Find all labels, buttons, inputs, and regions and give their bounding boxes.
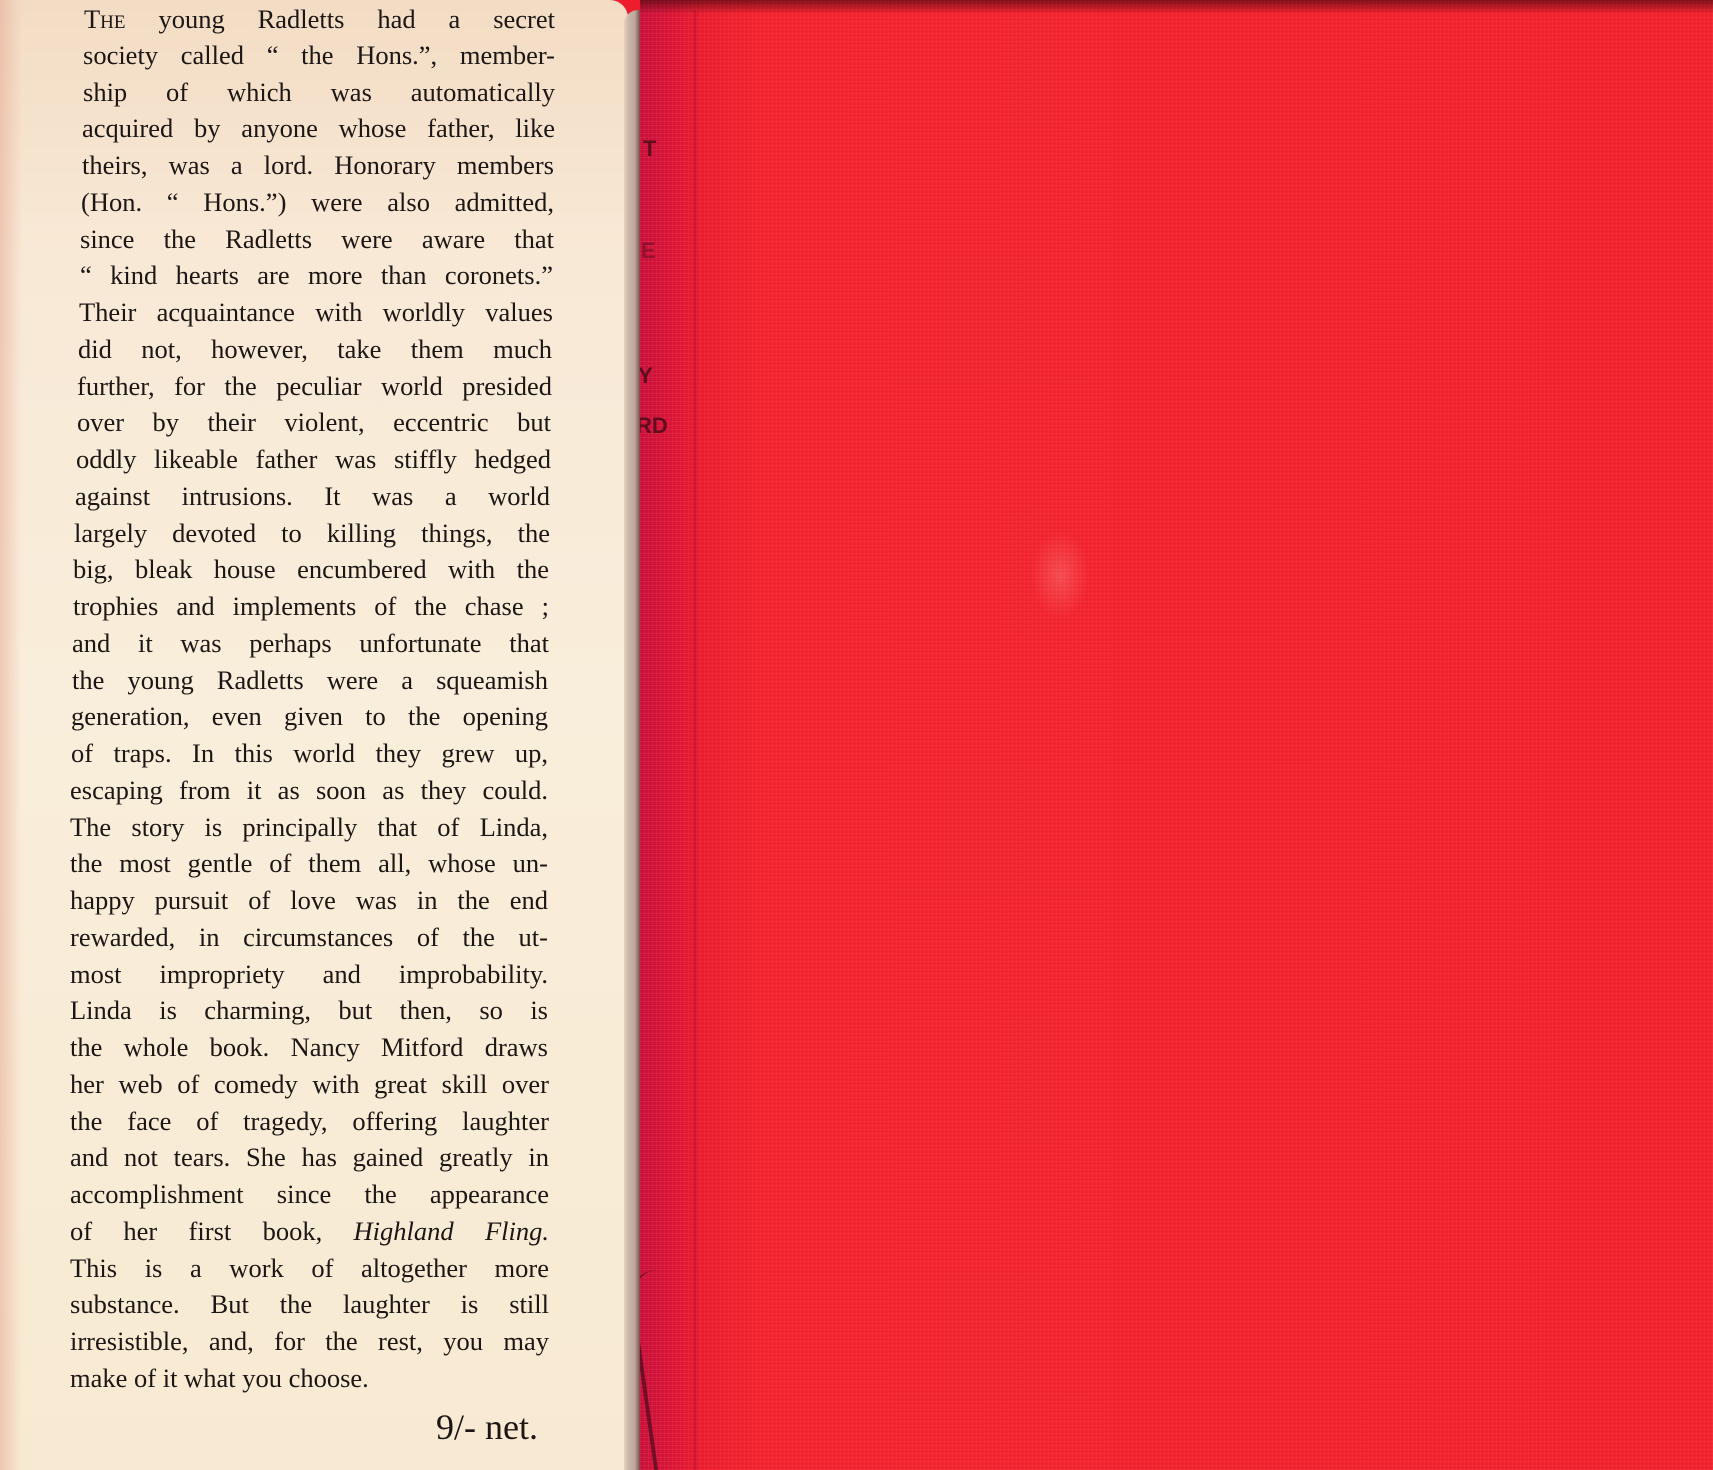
spine-letter: RD bbox=[636, 415, 668, 437]
blurb-line: largely devoted to killing things, the bbox=[74, 516, 550, 550]
blurb-line: and it was perhaps unfortunate that bbox=[72, 626, 549, 660]
price-label: 9/- net. bbox=[436, 1407, 538, 1447]
blurb-line: since the Radletts were aware that bbox=[80, 222, 554, 256]
blurb-line: This is a work of altogether more bbox=[70, 1251, 549, 1285]
blurb-line: substance. But the laughter is still bbox=[70, 1287, 549, 1321]
blurb-line: make of it what you choose. bbox=[70, 1361, 549, 1395]
blurb-line: her web of comedy with great skill over bbox=[70, 1067, 549, 1101]
blurb-line: Their acquaintance with worldly values bbox=[79, 295, 553, 329]
blurb-line: big, bleak house encumbered with the bbox=[73, 552, 549, 586]
blurb-line: did not, however, take them much bbox=[78, 332, 552, 366]
blurb-line: escaping from it as soon as they could. bbox=[70, 773, 548, 807]
blurb-line: over by their violent, eccentric but bbox=[77, 405, 551, 439]
blurb-line: acquired by anyone whose father, like bbox=[82, 111, 555, 145]
cloth-faded-spot bbox=[1030, 530, 1090, 620]
blurb-line: the most gentle of them all, whose un- bbox=[70, 846, 548, 880]
blurb-line: generation, even given to the opening bbox=[71, 699, 548, 733]
spine-hinge bbox=[692, 10, 698, 1470]
book-photo: T E Y RD The young Radletts had a secret… bbox=[0, 0, 1713, 1470]
blurb-line: “ kind hearts are more than coronets.” bbox=[80, 258, 553, 292]
blurb-line-start: of her first book, bbox=[70, 1216, 354, 1246]
blurb-line: Linda is charming, but then, so is bbox=[70, 993, 548, 1027]
blurb-line: rewarded, in circumstances of the ut- bbox=[70, 920, 548, 954]
cover-top-shadow bbox=[640, 0, 1713, 14]
blurb-line: oddly likeable father was stiffly hedged bbox=[76, 442, 551, 476]
spine-letter: T bbox=[643, 138, 656, 160]
blurb-line: most impropriety and improbability. bbox=[70, 957, 548, 991]
blurb-line: against intrusions. It was a world bbox=[75, 479, 550, 513]
blurb-line: the face of tragedy, offering laughter bbox=[70, 1104, 549, 1138]
blurb-line: ship of which was automatically bbox=[83, 75, 555, 109]
blurb-line: (Hon. “ Hons.”) were also admitted, bbox=[81, 185, 554, 219]
blurb-line: theirs, was a lord. Honorary members bbox=[82, 148, 554, 182]
blurb-line: further, for the peculiar world presided bbox=[77, 369, 552, 403]
blurb-line: of her first book, Highland Fling. bbox=[70, 1214, 549, 1248]
blurb-line: trophies and implements of the chase ; bbox=[73, 589, 549, 623]
blurb-line: the whole book. Nancy Mitford draws bbox=[70, 1030, 548, 1064]
spine-letter: Y bbox=[638, 365, 653, 387]
blurb-line: happy pursuit of love was in the end bbox=[70, 883, 548, 917]
book-title-italic: Highland Fling. bbox=[354, 1216, 549, 1246]
blurb-line: the young Radletts were a squeamish bbox=[72, 663, 548, 697]
blurb-first-word: The bbox=[84, 4, 126, 34]
red-cloth-cover bbox=[640, 0, 1713, 1470]
blurb-line: society called “ the Hons.”, member- bbox=[83, 38, 555, 72]
blurb-line: irresistible, and, for the rest, you may bbox=[70, 1324, 549, 1358]
blurb-line: The story is principally that of Linda, bbox=[70, 810, 548, 844]
blurb-first-line-rest: young Radletts had a secret bbox=[158, 4, 555, 34]
blurb-line: and not tears. She has gained greatly in bbox=[70, 1140, 549, 1174]
jacket-blurb: The young Radletts had a secret society … bbox=[0, 0, 628, 1470]
blurb-line: accomplishment since the appearance bbox=[70, 1177, 549, 1211]
spine-letter: E bbox=[641, 240, 656, 262]
blurb-line: of traps. In this world they grew up, bbox=[71, 736, 548, 770]
blurb-line: The young Radletts had a secret bbox=[84, 2, 555, 36]
